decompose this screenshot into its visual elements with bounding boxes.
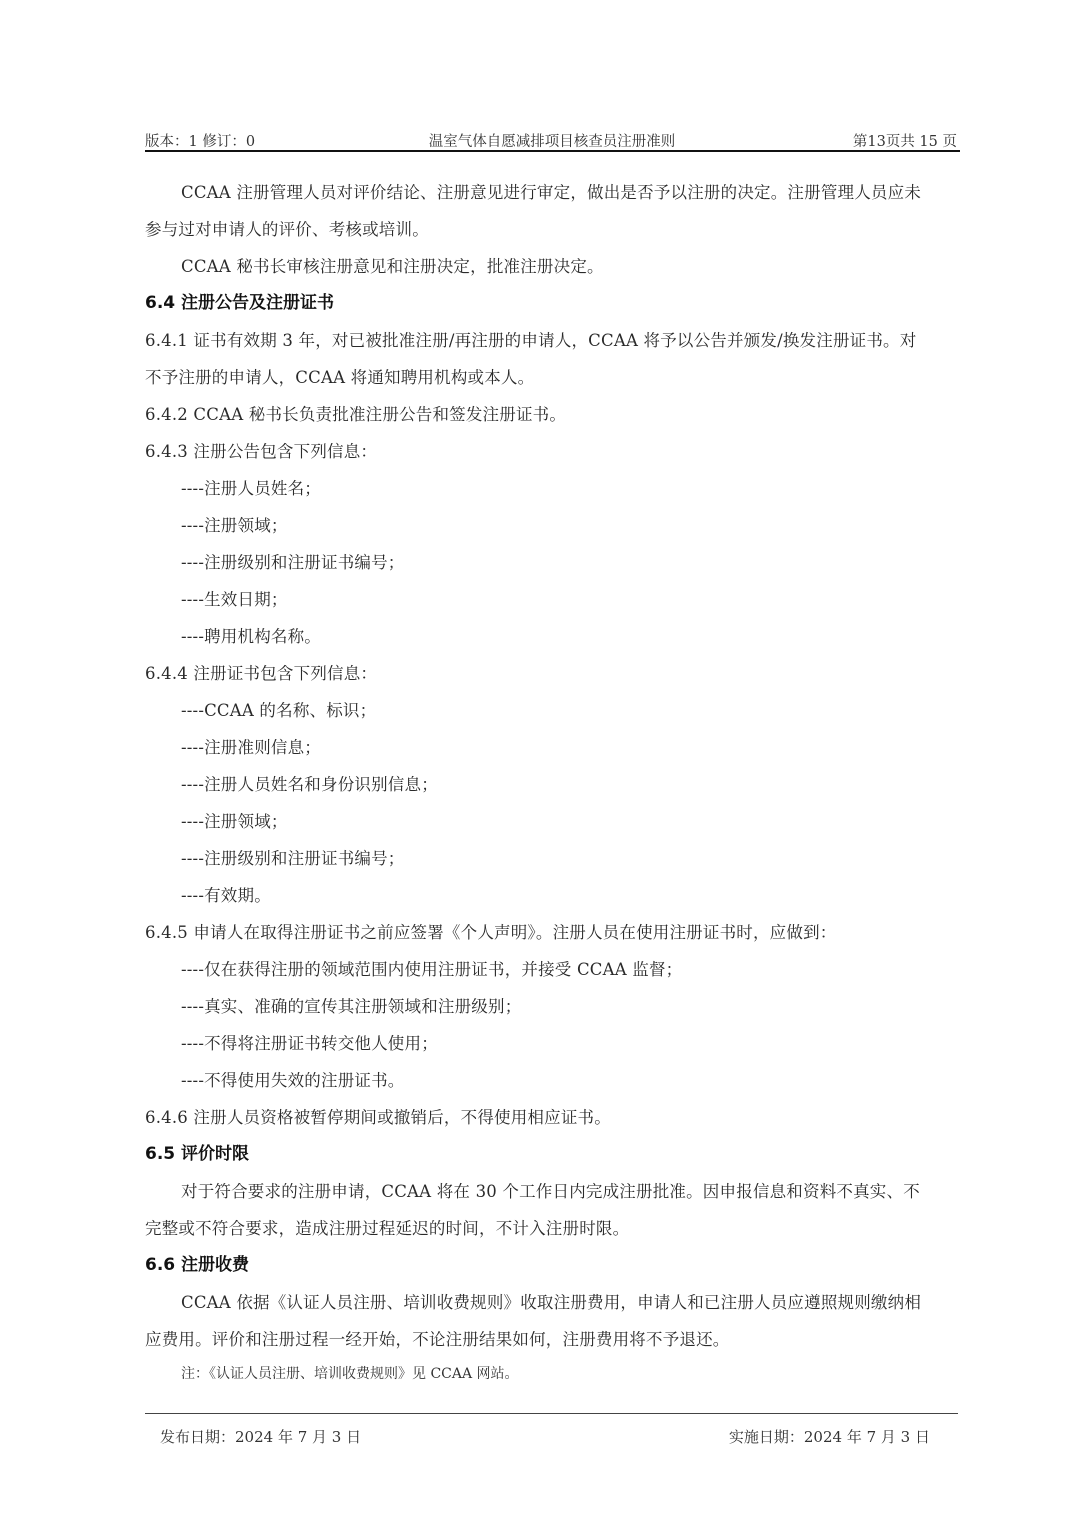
paragraph-text: 应费用。评价和注册过程一经开始，不论注册结果如何，注册费用将不予退还。 [145,1321,959,1358]
list-item: ----真实、准确的宣传其注册领域和注册级别； [145,988,959,1025]
paragraph-text: 完整或不符合要求，造成注册过程延迟的时间，不计入注册时限。 [145,1210,959,1247]
clause-6-4-3: 6.4.3 注册公告包含下列信息： [145,433,959,470]
paragraph-text: CCAA 秘书长审核注册意见和注册决定，批准注册决定。 [145,248,959,285]
clause-6-4-4: 6.4.4 注册证书包含下列信息： [145,655,959,692]
page-header: 版本：1 修订：0 温室气体自愿减排项目核查员注册准则 第13页共 15 页 [145,128,959,150]
header-divider [145,150,960,152]
paragraph-text: CCAA 依据《认证人员注册、培训收费规则》收取注册费用，申请人和已注册人员应遵… [145,1284,959,1321]
section-heading-6-5: 6.5 评价时限 [145,1136,959,1173]
clause-6-4-1: 6.4.1 证书有效期 3 年，对已被批准注册/再注册的申请人，CCAA 将予以… [145,322,959,359]
list-item: ----注册领域； [145,507,959,544]
list-item: ----注册领域； [145,803,959,840]
list-item: ----CCAA 的名称、标识； [145,692,959,729]
list-item: ----有效期。 [145,877,959,914]
page-number: 第13页共 15 页 [853,130,957,151]
list-item: ----仅在获得注册的领域范围内使用注册证书，并接受 CCAA 监督； [145,951,959,988]
list-item: ----注册级别和注册证书编号； [145,544,959,581]
list-item: ----注册人员姓名和身份识别信息； [145,766,959,803]
document-body: CCAA 注册管理人员对评价结论、注册意见进行审定，做出是否予以注册的决定。注册… [145,174,959,1390]
list-item: ----注册级别和注册证书编号； [145,840,959,877]
paragraph-text: 对于符合要求的注册申请，CCAA 将在 30 个工作日内完成注册批准。因申报信息… [145,1173,959,1210]
list-item: ----不得使用失效的注册证书。 [145,1062,959,1099]
list-item: ----不得将注册证书转交他人使用； [145,1025,959,1062]
footnote: 注：《认证人员注册、培训收费规则》见 CCAA 网站。 [145,1358,959,1390]
clause-6-4-2: 6.4.2 CCAA 秘书长负责批准注册公告和签发注册证书。 [145,396,959,433]
paragraph-text: 参与过对申请人的评价、考核或培训。 [145,211,959,248]
clause-6-4-5: 6.4.5 申请人在取得注册证书之前应签署《个人声明》。注册人员在使用注册证书时… [145,914,959,951]
publish-date: 发布日期：2024 年 7 月 3 日 [160,1426,361,1447]
list-item: ----聘用机构名称。 [145,618,959,655]
list-item: ----注册人员姓名； [145,470,959,507]
document-title: 温室气体自愿减排项目核查员注册准则 [145,130,959,151]
section-heading-6-4: 6.4 注册公告及注册证书 [145,285,959,322]
footer-divider [145,1413,958,1414]
list-item: ----生效日期； [145,581,959,618]
list-item: ----注册准则信息； [145,729,959,766]
clause-6-4-6: 6.4.6 注册人员资格被暂停期间或撤销后，不得使用相应证书。 [145,1099,959,1136]
section-heading-6-6: 6.6 注册收费 [145,1247,959,1284]
effective-date: 实施日期：2024 年 7 月 3 日 [729,1426,930,1447]
clause-6-4-1-cont: 不予注册的申请人，CCAA 将通知聘用机构或本人。 [145,359,959,396]
paragraph-text: CCAA 注册管理人员对评价结论、注册意见进行审定，做出是否予以注册的决定。注册… [145,174,959,211]
